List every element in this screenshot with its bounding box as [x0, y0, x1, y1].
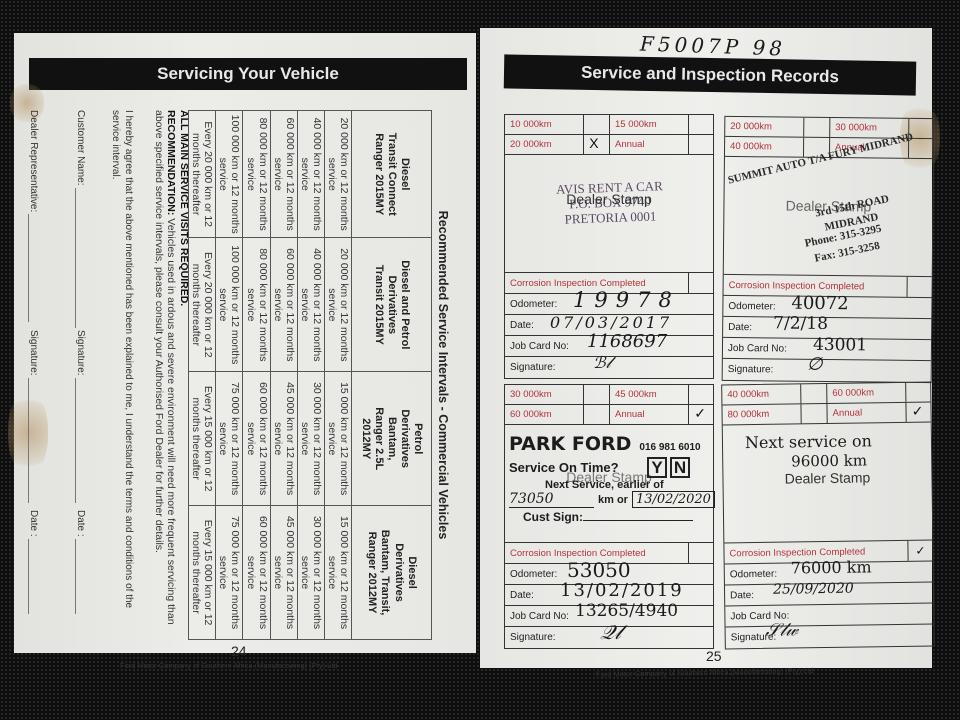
agreement-text: I hereby agree that the above mentioned … [109, 110, 134, 630]
dealer-date-field[interactable] [28, 539, 40, 614]
recommendation-note: ALL MAIN SERVICE VISITS REQUIRED. RECOMM… [152, 110, 190, 630]
checkbox[interactable] [584, 115, 610, 134]
customer-date-field[interactable] [75, 539, 87, 614]
dealer-stamp-area: AVIS RENT A CAR P.O. BOX 9740 PRETORIA 0… [505, 155, 713, 273]
page-number: 25 [706, 648, 722, 664]
column-header: Diesel and PetrolDerivativesTransit 2015… [352, 238, 432, 372]
date-value: 25/09/2020 [773, 581, 854, 598]
page-number: 24 [231, 643, 247, 659]
dealer-signature-field[interactable] [28, 378, 40, 503]
table-row: 80 000 km or 12 months service80 000 km … [243, 111, 270, 640]
service-record-card: 30 000km45 000km 60 000kmAnnual✓ Dealer … [504, 384, 714, 649]
table-row: Every 20 000 km or 12 months thereafterE… [189, 111, 216, 640]
customer-signature-row: Customer Name: Signature: Date : [75, 110, 87, 630]
checkbox[interactable] [909, 119, 933, 138]
table-row: 100 000 km or 12 months service100 000 k… [216, 111, 243, 640]
table-title: Recommended Service Intervals - Commerci… [436, 110, 450, 640]
checkbox[interactable] [689, 273, 713, 293]
checkbox[interactable] [802, 404, 828, 423]
dealer-stamp-area: Dealer Stamp PARK FORD016 981 6010 Servi… [505, 425, 713, 543]
park-ford-stamp: PARK FORD016 981 6010 Service On Time?YN… [509, 433, 724, 524]
job-card-value: 13265/4940 [575, 601, 678, 621]
dealer-representative-field[interactable] [28, 214, 40, 322]
service-intervals-table: DieselTransit ConnectRanger 2015MY Diese… [188, 110, 432, 640]
signature-scribble: 𝒬𝓁 [600, 620, 621, 644]
checkbox-checked[interactable]: ✓ [689, 405, 713, 424]
dealer-stamp-area: Dealer Stamp SUMMIT AUTO T/A FURY MIDRAN… [724, 157, 933, 277]
column-header: DieselDerivativesBantam, Transit,Ranger … [352, 506, 432, 640]
customer-name-field[interactable] [75, 188, 87, 328]
service-record-card: 10 000km15 000km 20 000kmXAnnual AVIS RE… [504, 114, 714, 379]
checkbox[interactable] [689, 385, 713, 404]
signature-scribble: ∅ [807, 354, 823, 375]
checkbox[interactable] [584, 385, 610, 404]
checkbox-checked[interactable]: ✓ [908, 541, 932, 561]
table-row: 20 000 km or 12 months service20 000 km … [324, 111, 351, 640]
customer-signature-field[interactable] [75, 378, 87, 503]
page-24: Servicing Your Vehicle Recommended Servi… [14, 33, 476, 653]
handwritten-note: Next service on [745, 431, 872, 452]
page-title: Service and Inspection Records [504, 54, 917, 95]
checkbox[interactable] [689, 115, 713, 134]
checkbox[interactable] [804, 118, 830, 137]
checkbox-checked[interactable]: X [584, 135, 610, 154]
job-card-value: 1168697 [587, 331, 667, 352]
dealer-stamp-area: Next service on 96000 km Dealer Stamp [723, 423, 933, 544]
table-row: 40 000 km or 12 months service40 000 km … [297, 111, 324, 640]
odometer-value: 53050 [567, 558, 631, 582]
date-value: 13/02/2019 [560, 580, 684, 601]
odometer-value: 40072 [791, 293, 848, 315]
checkbox-checked[interactable]: ✓ [907, 403, 931, 422]
footer: Ford Motor Company of Southern Africa (M… [120, 661, 338, 670]
page-title: Servicing Your Vehicle [29, 58, 467, 90]
date-value: 7/2/18 [773, 313, 828, 334]
checkbox[interactable] [584, 405, 610, 424]
dealer-signature-row: Dealer Representative: Signature: Date : [28, 110, 40, 630]
checkbox[interactable] [801, 384, 827, 403]
job-card-value: 43001 [813, 335, 867, 356]
checkbox[interactable] [906, 383, 930, 402]
handwritten-note: 96000 km [791, 451, 867, 470]
signature-scribble: 𝒮𝓁𝓌 [765, 619, 798, 640]
rotated-content: Recommended Service Intervals - Commerci… [22, 110, 452, 640]
page-25: F5007P 98 Service and Inspection Records… [480, 28, 932, 668]
checkbox[interactable] [689, 543, 713, 563]
service-record-card: 40 000km60 000km 80 000kmAnnual✓ Next se… [721, 382, 935, 650]
date-value: 07/03/2017 [550, 313, 672, 332]
column-header: PetrolDerivativesBantam,Ranger 2.5L2012M… [352, 372, 432, 506]
service-on-time-no[interactable]: N [670, 457, 690, 478]
signature-scribble: ℬ𝓁 [593, 353, 611, 373]
table-row: 60 000 km or 12 months service60 000 km … [270, 111, 297, 640]
service-on-time-yes[interactable]: Y [647, 457, 667, 478]
service-record-card: 20 000km30 000km 40 000kmAnnual Dealer S… [722, 116, 935, 383]
column-header: DieselTransit ConnectRanger 2015MY [352, 111, 432, 238]
checkbox[interactable] [689, 135, 713, 154]
odometer-value: 76000 km [791, 557, 872, 577]
odometer-value: 19978 [573, 288, 680, 312]
checkbox[interactable] [908, 277, 932, 297]
